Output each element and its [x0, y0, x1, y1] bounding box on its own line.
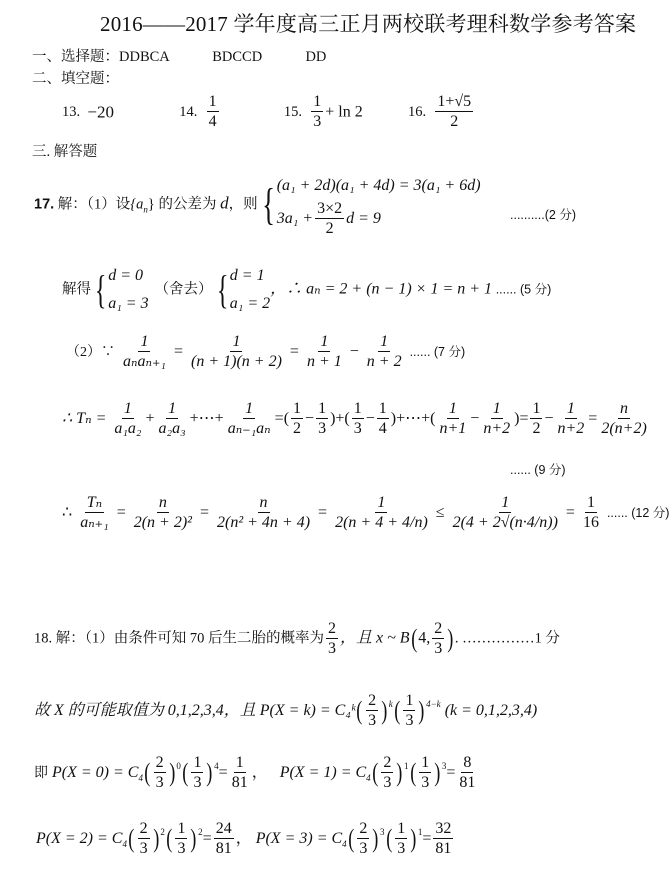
q14: 14. 14	[179, 104, 220, 120]
section1-label: 一、选择题：	[32, 49, 119, 65]
section2-label: 二、填空题：	[32, 67, 119, 88]
q18-distribution: 故 X 的可能取值为 0,1,2,3,4，且 P(X = k) = C₄ᵏ(23…	[34, 692, 537, 731]
q17-number: 17.	[34, 197, 54, 213]
q18-probs-row1: 即 P(X = 0) = C4(23)0(13)4=181， P(X = 1) …	[34, 754, 479, 793]
q13: 13. −20	[62, 104, 114, 120]
score-7: ...... (7 分)	[410, 345, 466, 359]
q17-solution: 解得{d = 0a₁ = 3（舍去）{d = 1a₁ = 2，∴ aₙ = 2 …	[62, 262, 551, 318]
score-5: ...... (5 分)	[496, 282, 552, 296]
solution-brace-1: {	[95, 270, 107, 310]
solution-brace-2: {	[216, 270, 228, 310]
mc-answers-1: DDBCA	[119, 49, 169, 65]
q18-probs-row2: P(X = 2) = C4(23)2(13)2=2481， P(X = 3) =…	[36, 820, 455, 859]
tn-ratio-bound: ∴ Tₙaₙ₊₁ = n2(n + 2)² = n2(n² + 4n + 4) …	[62, 494, 669, 533]
score-12: ...... (12 分)	[607, 506, 669, 520]
section3-label: 三. 解答题	[32, 140, 97, 161]
score-2: ..........(2 分)	[510, 205, 576, 223]
mc-answers-2: BDCCD	[212, 49, 262, 65]
q15: 15. 13+ ln 2	[284, 104, 363, 120]
equation-system: (a₁ + 2d)(a₁ + 4d) = 3(a₁ + 6d) 3a₁ +3×2…	[277, 172, 481, 239]
score-1: ……………1 分	[462, 631, 560, 647]
tn-sum: ∴ Tₙ = 1a₁a₂+1a₂a₃+⋯+1aₙ₋₁aₙ=(12−13)+(13…	[62, 400, 651, 439]
q18-part1: 18. 解：（1）由条件可知 70 后生二胎的概率为23，且 x ~ B(4,2…	[34, 620, 560, 659]
q17-part2: （2）∵ 1aₙaₙ₊₁ = 1(n + 1)(n + 2) = 1n + 1 …	[66, 333, 465, 372]
system-brace: {	[262, 183, 275, 227]
q16: 16. 1+√52	[408, 104, 475, 120]
multiple-choice-answers: 一、选择题：DDBCA BDCCD DD	[32, 45, 326, 66]
mc-answers-3: DD	[305, 49, 326, 65]
fill-blank-answers: 13. −20 14. 14 15. 13+ ln 2 16. 1+√52	[62, 93, 475, 132]
score-9: ...... (9 分)	[510, 460, 566, 478]
q17-part1: 17. 解：（1）设{an} 的公差为 d，则{ (a₁ + 2d)(a₁ + …	[34, 172, 481, 239]
page-title: 2016——2017 学年度高三正月两校联考理科数学参考答案	[100, 8, 636, 38]
q18-number: 18.	[34, 631, 52, 647]
